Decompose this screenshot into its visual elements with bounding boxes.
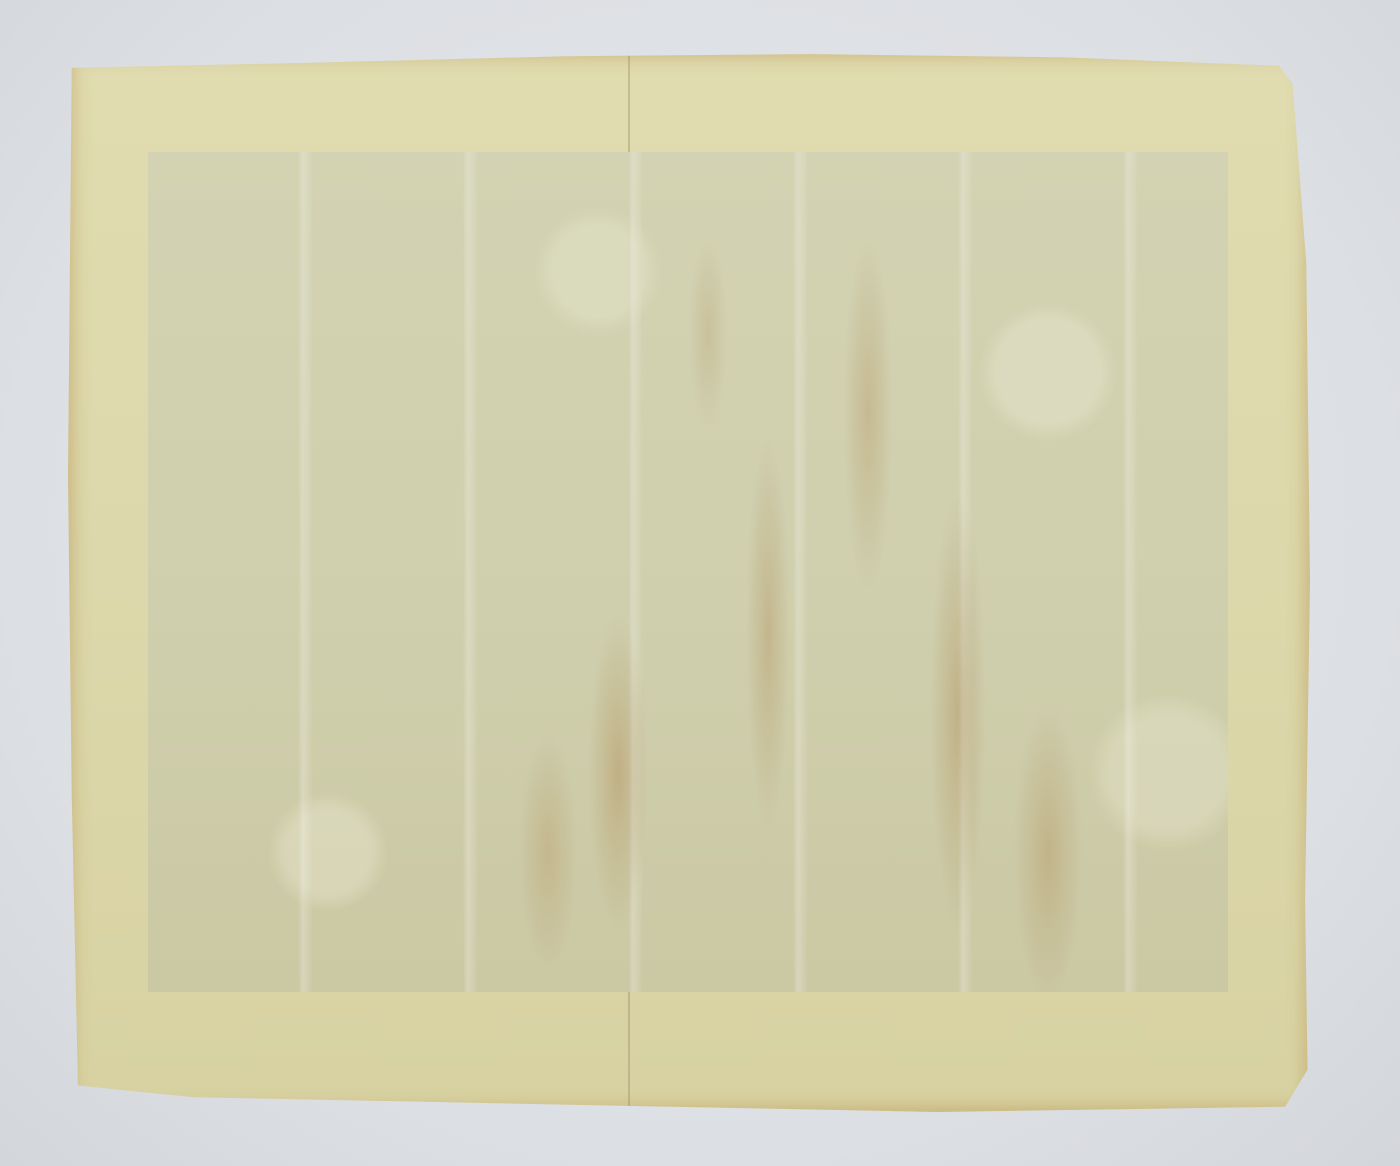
paper-sheet (68, 52, 1310, 1112)
embossed-panel (148, 152, 1228, 992)
foxing-stains (148, 152, 1228, 992)
